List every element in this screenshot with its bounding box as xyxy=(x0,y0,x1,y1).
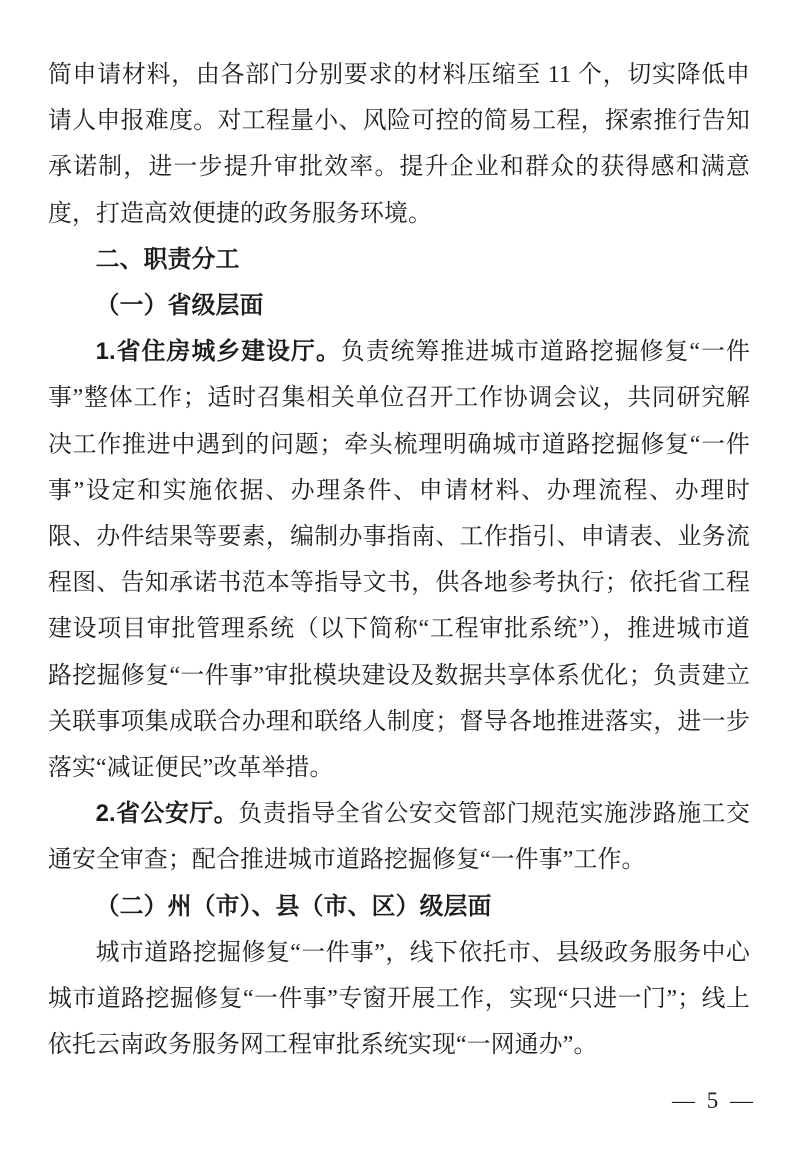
subsection-heading-provincial-level: （一）省级层面 xyxy=(48,283,750,329)
paragraph-public-security-dept: 2.省公安厅。负责指导全省公安交管部门规范实施涉路施工交通安全审查；配合推进城市… xyxy=(48,791,750,883)
document-page: 简申请材料，由各部门分别要求的材料压缩至 11 个，切实降低申请人申报难度。对工… xyxy=(0,0,798,1158)
subsection-heading-city-county-level: （二）州（市）、县（市、区）级层面 xyxy=(48,884,750,930)
paragraph-city-county-implementation: 城市道路挖掘修复“一件事”，线下依托市、县级政务服务中心城市道路挖掘修复“一件事… xyxy=(48,930,750,1069)
section-heading-responsibilities: 二、职责分工 xyxy=(48,237,750,283)
paragraph-housing-construction-dept: 1.省住房城乡建设厅。负责统筹推进城市道路挖掘修复“一件事”整体工作；适时召集相… xyxy=(48,329,750,791)
paragraph-continuation: 简申请材料，由各部门分别要求的材料压缩至 11 个，切实降低申请人申报难度。对工… xyxy=(48,52,750,237)
document-body: 简申请材料，由各部门分别要求的材料压缩至 11 个，切实降低申请人申报难度。对工… xyxy=(48,52,750,1068)
paragraph-lead-housing-construction-dept: 1.省住房城乡建设厅。 xyxy=(96,338,341,365)
paragraph-lead-public-security-dept: 2.省公安厅。 xyxy=(96,800,239,827)
paragraph-body-housing-construction-dept: 负责统筹推进城市道路挖掘修复“一件事”整体工作；适时召集相关单位召开工作协调会议… xyxy=(48,339,750,781)
page-number: — 5 — xyxy=(672,1088,756,1114)
